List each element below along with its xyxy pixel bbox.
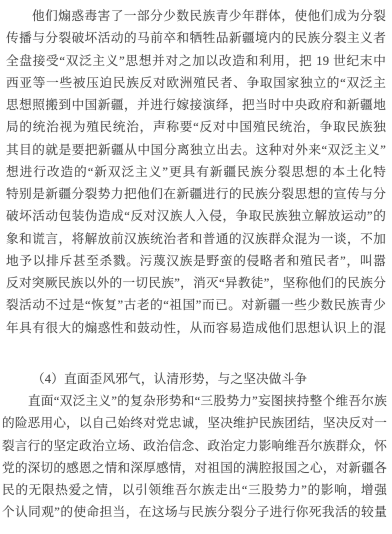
text-line: 全盘接受“双泛主义”思想并对之加以改造和利用，把 19 世纪末中东、 [6,50,386,72]
text-line: 个认同观”的使命担当，在这场与民族分裂分子进行你死我活的较量中冲 [2,501,387,523]
text-line: 反对突厥民族以外的一切民族”，消灭“异教徒”，坚称他们的民族分 [6,272,386,294]
text-line: 裂活动不过是“恢复”古老的“祖国”而已。对新疆一些少数民族青少 [6,294,386,316]
text-line: 他们煽惑毒害了一部分少数民族青少年群体，使他们成为分裂思想 [6,5,386,27]
text-line: 特别是新疆分裂势力把他们在新疆进行的民族分裂思想的宣传与分裂 [6,183,386,205]
text-line: 民的无限热爱之情，以引领维吾尔族走出“三股势力”的影响，增强“五 [2,479,387,501]
text-line: 的险恶用心，以自己始终对党忠诚，坚决维护民族团结，坚决反对一切分 [2,412,387,434]
text-line: 裂言行的坚定政治立场、政治信念、政治定力影响维吾尔族群众，怀着对 [2,435,387,457]
text-line: 局的统治视为殖民统治，声称要“反对中国殖民统治，争取民族独立”， [6,116,386,138]
document-page: 他们煽惑毒害了一部分少数民族青少年群体，使他们成为分裂思想传播与分裂破坏活动的马… [0,0,392,534]
text-line: 思想照搬到中国新疆，并进行嫁接演绎，把当时中央政府和新疆地方当 [6,94,386,116]
text-line: 年具有很大的煽惑性和鼓动性，从而容易造成他们思想认识上的混乱。 [6,317,386,339]
text-line: 地予以排斥甚至杀戮。污蔑汉族是野蛮的侵略者和殖民者”，叫嚣“要 [6,250,386,272]
paragraph-2: 直面“双泛主义”的复杂形势和“三股势力”妄图挟持整个维吾尔族的险恶用心，以自己始… [2,390,387,524]
text-line: 西亚等一些被压迫民族反对欧洲殖民者、争取国家独立的“双泛主义” [6,72,386,94]
text-line: 破坏活动包装伪造成“反对汉族人入侵，争取民族独立解放运动”的假 [6,205,386,227]
text-line: 象和谎言，将解放前汉族统治者和普通的汉族群众混为一谈，不加区别 [6,228,386,250]
text-line: 党的深切的感恩之情和深厚感情，对祖国的满腔报国之心，对新疆各族人 [2,457,387,479]
text-line: 其目的就是要把新疆从中国分离独立出去。这种对外来“双泛主义”思 [6,139,386,161]
section-heading: （4）直面歪风邪气，认清形势，与之坚决做斗争 [6,368,386,390]
text-line: 直面“双泛主义”的复杂形势和“三股势力”妄图挟持整个维吾尔族 [2,390,387,412]
paragraph-1: 他们煽惑毒害了一部分少数民族青少年群体，使他们成为分裂思想传播与分裂破坏活动的马… [6,5,386,339]
text-line: 传播与分裂破坏活动的马前卒和牺牲品新疆境内的民族分裂主义者在 [6,27,386,49]
text-line: 想进行改造的“新双泛主义”更具有新疆民族分裂思想的本土化特色， [6,161,386,183]
